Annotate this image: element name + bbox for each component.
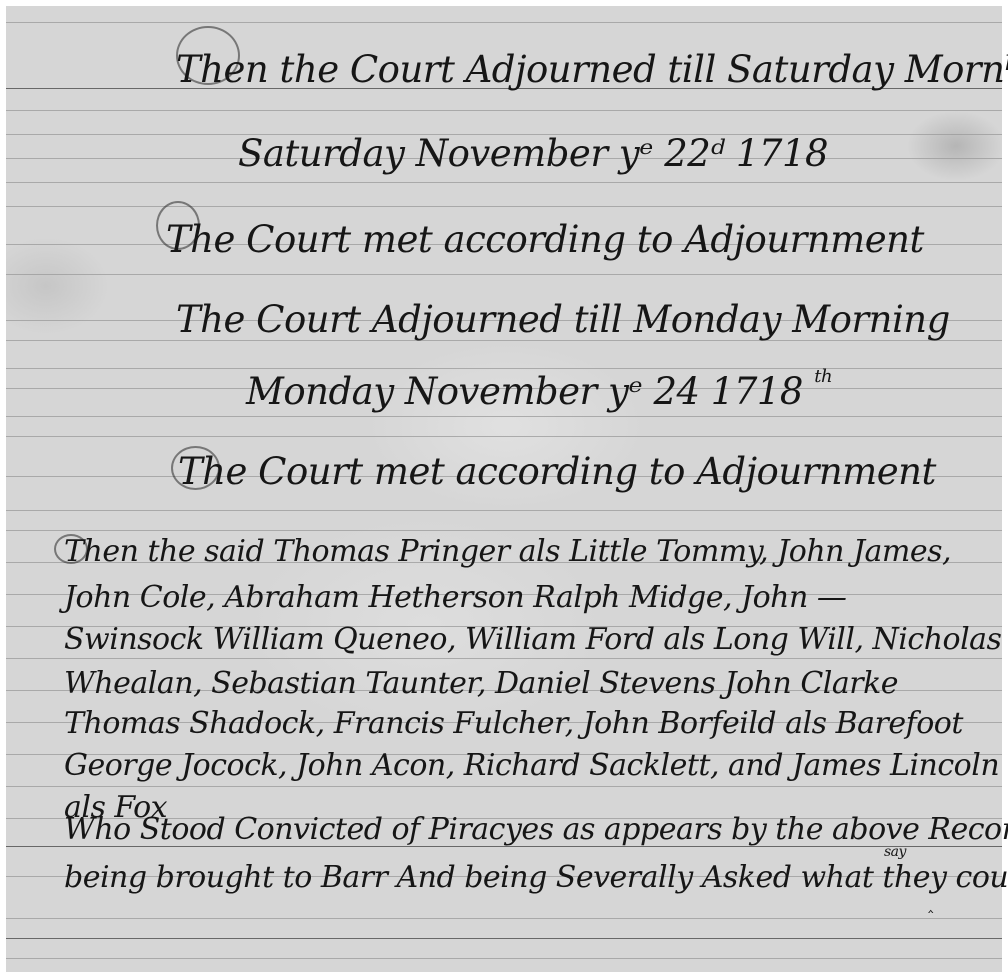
body-line: Thomas Shadock, Francis Fulcher, John Bo… [64,706,963,741]
heading-adjourned-monday: The Court Adjourned till Monday Morning [176,298,950,341]
heading-court-met-1: The Court met according to Adjournment [166,218,924,261]
ruled-line [6,786,1002,787]
manuscript-page: Then the Court Adjourned till Saturday M… [6,6,1002,972]
heading-adjourned-saturday: Then the Court Adjourned till Saturday M… [176,48,1008,91]
ruled-line [6,958,1002,959]
ruled-line [6,182,1002,183]
body-line: being brought to Barr And being Severall… [64,860,1008,895]
ruled-line [6,658,1002,659]
ruled-line [6,918,1002,919]
ruled-line [6,368,1002,369]
body-line: Then the said Thomas Pringer als Little … [64,534,951,569]
heading-monday-date: Monday November yᵉ 24 1718 th [246,370,832,413]
interlinear-insertion: say [884,844,906,860]
ruled-line [6,206,1002,207]
body-line: Swinsock William Queneo, William Ford al… [64,622,1001,657]
body-line: Whealan, Sebastian Taunter, Daniel Steve… [64,666,898,701]
insertion-caret-icon: ‸ [928,894,933,913]
ruled-line [6,510,1002,511]
date-text: Monday November yᵉ 24 1718 [246,370,803,413]
heading-saturday-date: Saturday November yᵉ 22ᵈ 1718 [238,132,828,175]
ordinal-superscript: th [814,366,832,387]
body-line: Who Stood Convicted of Piracyes as appea… [64,812,1008,847]
ruled-line [6,416,1002,417]
ruled-line [6,436,1002,437]
ruled-line [6,22,1002,23]
date-text: Saturday November yᵉ 22ᵈ 1718 [238,132,828,175]
body-line: George Jocock, John Acon, Richard Sackle… [64,748,999,783]
ruled-line [6,274,1002,275]
ruled-line [6,110,1002,111]
ruled-line [6,530,1002,531]
heading-court-met-2: The Court met according to Adjournment [178,450,936,493]
ruled-line [6,938,1002,939]
body-line: John Cole, Abraham Hetherson Ralph Midge… [64,580,846,615]
